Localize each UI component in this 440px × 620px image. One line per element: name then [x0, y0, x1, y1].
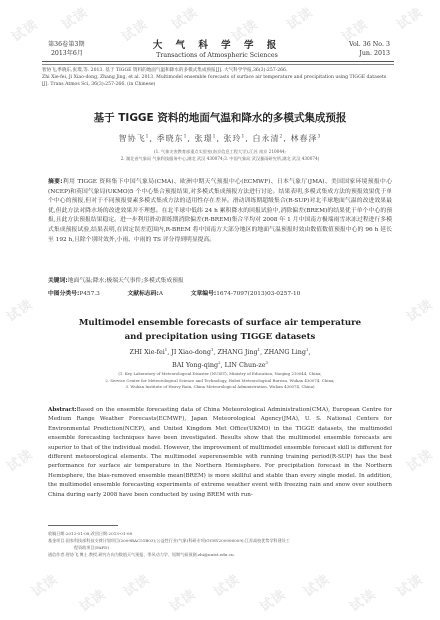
watermark-text: 试读	[75, 584, 109, 616]
author-aff: 1	[165, 347, 167, 352]
journal-title-cn: 大 气 科 学 学 报	[42, 40, 392, 51]
article-title-cn: 基于 TIGGE 资料的地面气温和降水的多模式集成预报	[42, 110, 398, 125]
author-aff: 1	[211, 347, 213, 352]
watermark-text: 试读	[119, 569, 153, 601]
watermark-text: 试读	[282, 2, 316, 34]
header-right: Vol. 36 No. 3 Jun. 2013	[349, 40, 390, 58]
classification-row: 中图分类号:P457.3 文献标志码:A 文章编号:1674-7097(2013…	[48, 290, 392, 299]
watermark-text: 试读	[167, 2, 201, 34]
author-name: 林春泽	[290, 134, 317, 143]
footnote-funding-cont: 程资助项目(PAPD)	[48, 544, 392, 551]
volume-en: Vol. 36 No. 3	[349, 40, 390, 49]
abstract-label-en: Abstract:	[48, 407, 77, 413]
author-aff: 3	[266, 360, 268, 365]
watermark-text: 试读	[2, 444, 36, 476]
affiliations-en: (1. Key Laboratory of Meteorological Dis…	[42, 371, 398, 391]
journal-header: 第36卷第3期 2013年6月 大 气 科 学 学 报 Transactions…	[42, 40, 392, 62]
header-rule-thin	[42, 64, 394, 65]
watermark-text: 试读	[7, 14, 41, 46]
abstract-label-cn: 摘要:	[48, 179, 63, 185]
affiliation-line: 2. 湖北省气象局 气象科技服务中心,湖北 武汉 430074;3. 中国气象局…	[42, 155, 398, 162]
citation-en-line2: [J]. Trans Atmos Sci, 36(3):257-266. (in…	[42, 81, 397, 88]
author-name: 白永清	[253, 134, 280, 143]
doc-code-label: 文献标志码:	[128, 291, 159, 297]
article-no-value: 1674-7097(2013)03-0257-10	[216, 291, 300, 297]
author-aff: 1	[184, 134, 188, 139]
footnote-contact: 通信作者:智协飞,博士,教授,研究方向为数值天气预报、季风动力学、短期气候预测,…	[48, 551, 392, 558]
doc-code-value: A	[159, 291, 163, 297]
authors-en-line1: ZHI Xie-fei1, JI Xiao-dong1, ZHANG Jing1…	[42, 345, 398, 358]
author-name: 智协飞	[119, 134, 146, 143]
author-name-en: BAI Yong-qing	[172, 361, 218, 369]
watermark-text: 试读	[57, 2, 91, 34]
author-aff: 2	[280, 134, 284, 139]
authors-en-line2: BAI Yong-qing2, LIN Chun-ze3	[42, 358, 398, 371]
title-en-line1: Multimodel ensemble forecasts of surface…	[42, 316, 398, 330]
watermark-layer: 试读 试读 试读 试读 试读 试读 试读 试读 试读 试读 试读 试读 试读 试…	[0, 0, 440, 620]
journal-title-en: Transactions of Atmospheric Sciences	[42, 51, 392, 60]
title-en-line2: and precipitation using TIGGE datasets	[42, 330, 398, 344]
author-name: 张玲	[224, 134, 242, 143]
footnote-rule	[48, 525, 118, 526]
watermark-text: 试读	[402, 294, 436, 326]
article-no-label: 文章编号:	[191, 291, 217, 297]
date-en: Jun. 2013	[349, 49, 390, 58]
watermark-text: 试读	[255, 584, 289, 616]
abstract-text-en: Based on the ensemble forecasting data o…	[48, 407, 392, 498]
clc-label: 中图分类号:	[48, 291, 79, 297]
footnote-received: 收稿日期:2012-01-08;改回日期:2013-01-08	[48, 530, 392, 537]
watermark-text: 试读	[165, 584, 199, 616]
author-aff: 1	[242, 134, 246, 139]
author-name-en: JI Xiao-dong	[171, 348, 211, 356]
abstract-text-cn: 利用 TIGGE 资料集下中国气象局(CMA)、欧洲中期天气预报中心(ECMWF…	[48, 179, 392, 243]
author-aff: 1	[213, 134, 217, 139]
keywords-cn: 关键词:地面气温;降水;极端天气事件;多模式集成预报	[48, 277, 392, 286]
author-aff: 1	[306, 347, 308, 352]
author-name-en: ZHANG Ling	[264, 348, 306, 356]
watermark-text: 试读	[2, 294, 36, 326]
citation-block: 智协飞,季晓东,张璟,等. 2013. 基于 TIGGE 资料的地面气温和降水的…	[42, 67, 397, 88]
watermark-text: 试读	[402, 444, 436, 476]
author-name: 张璟	[195, 134, 213, 143]
footnotes: 收稿日期:2012-01-08;改回日期:2013-01-08 基金项目:国家科…	[48, 530, 392, 558]
watermark-text: 试读	[392, 569, 426, 601]
author-aff: 1	[146, 134, 150, 139]
author-list-en: ZHI Xie-fei1, JI Xiao-dong1, ZHANG Jing1…	[42, 345, 398, 370]
author-name-en: ZHANG Jing	[217, 348, 257, 356]
watermark-text: 试读	[299, 569, 333, 601]
watermark-text: 试读	[345, 584, 379, 616]
author-aff: 2	[218, 360, 220, 365]
affiliation-line: (1. 气象灾害教育部重点实验室(南京信息工程大学),江苏 南京 210044;	[42, 148, 398, 155]
citation-en-line1: Zhi Xie-fei, Ji Xiao-dong, Zhang Jing, e…	[42, 74, 397, 81]
author-name-en: LIN Chun-ze	[225, 361, 266, 369]
watermark-text: 试读	[392, 2, 426, 34]
keywords-text: 地面气温;降水;极端天气事件;多模式集成预报	[68, 278, 184, 284]
author-aff: 3	[317, 134, 321, 139]
header-center: 大 气 科 学 学 报 Transactions of Atmospheric …	[42, 40, 392, 60]
author-aff: 1	[258, 347, 260, 352]
affiliation-line-en: 3. Wuhan Institute of Heavy Rain, China …	[42, 384, 398, 391]
affiliations-cn: (1. 气象灾害教育部重点实验室(南京信息工程大学),江苏 南京 210044;…	[42, 148, 398, 162]
abstract-en: Abstract:Based on the ensemble forecasti…	[48, 406, 392, 500]
citation-cn: 智协飞,季晓东,张璟,等. 2013. 基于 TIGGE 资料的地面气温和降水的…	[42, 67, 397, 74]
abstract-cn: 摘要:利用 TIGGE 资料集下中国气象局(CMA)、欧洲中期天气预报中心(EC…	[48, 178, 392, 245]
header-rule	[42, 61, 394, 62]
article-title-en: Multimodel ensemble forecasts of surface…	[42, 316, 398, 344]
author-list-cn: 智协飞1, 季晓东1, 张璟1, 张玲1, 白永清2, 林春泽3	[42, 133, 398, 144]
author-name: 季晓东	[157, 134, 184, 143]
clc-value: P457.3	[79, 291, 100, 297]
author-name-en: ZHI Xie-fei	[130, 348, 165, 356]
watermark-text: 试读	[209, 569, 243, 601]
keywords-label: 关键词:	[48, 278, 68, 284]
footnote-funding: 基金项目:国家科技部科技支撑计划项目(2009BAC51B03);公益性行业(气…	[48, 537, 392, 544]
watermark-text: 试读	[27, 569, 61, 601]
